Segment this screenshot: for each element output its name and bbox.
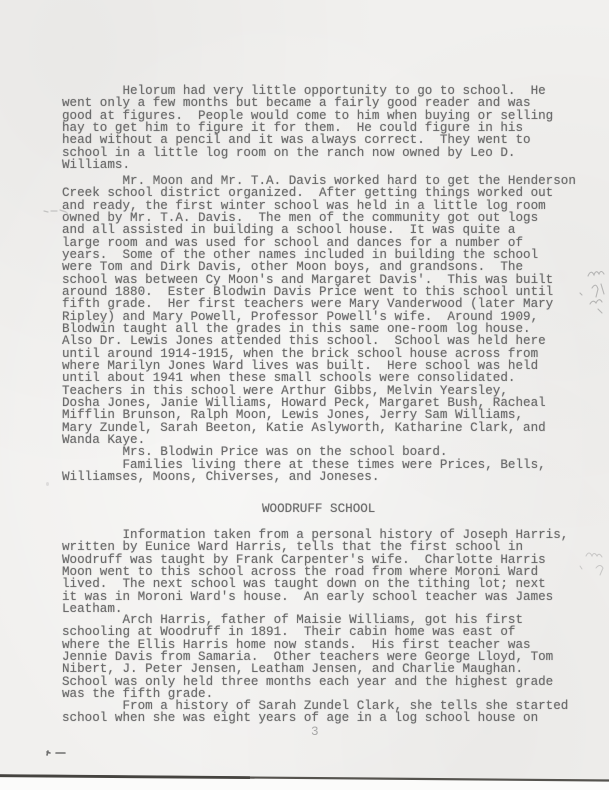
scanned-page: Helorum had very little opportunity to g… [0,0,609,790]
scan-bottom-edge [0,0,609,790]
